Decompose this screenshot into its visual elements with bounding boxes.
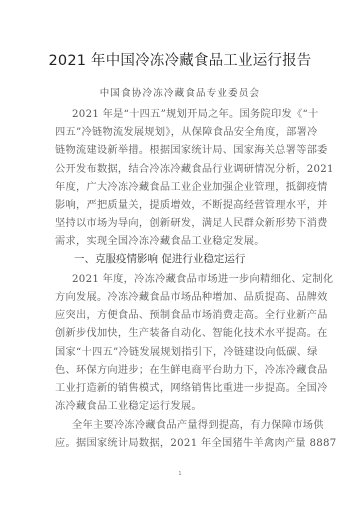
paragraph-line: 需求，实现全国冷冻冷藏食品工业稳定发展。 xyxy=(55,232,265,247)
document-title: 2021 年中国冷冻冷藏食品工业运行报告 xyxy=(0,49,360,70)
paragraph-line: 冻冷藏食品工业稳定运行发展。 xyxy=(55,397,202,412)
paragraph-line: 影响，严把质量关，提质增效，不断提高经营管理水平，并 xyxy=(55,196,328,211)
paragraph-line: 2021 年度，冷冻冷藏食品市场进一步向精细化、定制化 xyxy=(72,270,333,285)
paragraph-line: 全年主要冷冻冷藏食品产量得到提高，有力保障市场供 xyxy=(72,416,324,431)
paragraph-line: 2021 年是“十四五”规划开局之年。国务院印发《“十 xyxy=(72,105,318,120)
paragraph-line: 公开发布数据，结合冷冻冷藏食品行业调研情况分析，2021 xyxy=(55,160,334,175)
paragraph-line: 方向发展。冷冻冷藏食品市场品种增加、品质提高、品牌效 xyxy=(55,288,328,303)
paragraph-line: 色、环保方向进步；在生鲜电商平台助力下，冷冻冷藏食品 xyxy=(55,361,328,376)
paragraph-line: 年度，广大冷冻冷藏食品工业企业加强企业管理，抵御疫情 xyxy=(55,178,328,193)
paragraph-line: 链物流建设新举措。根据国家统计局、国家海关总署等部委 xyxy=(55,141,328,156)
paragraph-line: 工业打造新的销售模式，网络销售比重进一步提高。全国冷 xyxy=(55,379,328,394)
paragraph-line: 应。据国家统计局数据，2021 年全国猪牛羊禽肉产量 8887 xyxy=(55,434,337,449)
page-number: 1 xyxy=(0,471,360,477)
paragraph-line: 创新步伐加快，生产装备自动化、智能化技术水平提高。在 xyxy=(55,324,328,339)
paragraph-line: 坚持以市场为导向，创新研发，满足人民群众新形势下消费 xyxy=(55,214,328,229)
document-page: 2021 年中国冷冻冷藏食品工业运行报告 中国食协冷冻冷藏食品专业委员会 202… xyxy=(0,0,360,509)
document-author: 中国食协冷冻冷藏食品专业委员会 xyxy=(0,85,360,99)
paragraph-line: 四五”冷链物流发展规划》，从保障食品安全角度，部署冷 xyxy=(55,123,318,138)
paragraph-line: 国家“十四五”冷链发展规划指引下，冷链建设向低碳、绿 xyxy=(55,343,318,358)
paragraph-line: 应突出，方便食品、预制食品市场消费走高。全行业新产品 xyxy=(55,306,328,321)
section-heading: 一、克服疫情影响 促进行业稳定运行 xyxy=(74,251,245,266)
